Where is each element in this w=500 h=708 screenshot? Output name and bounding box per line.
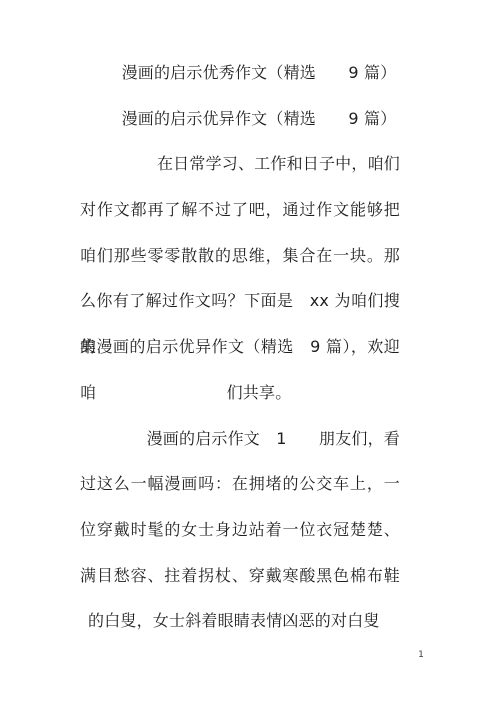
body-line-10: 满目愁容、拄着拐杖、穿戴寒酸黑色棉布鞋 [80, 553, 400, 599]
document-body: 漫画的启示优秀作文（精选 9 篇） 漫画的启示优异作文（精选 9 篇） 在日常学… [0, 50, 500, 644]
title-line-1: 漫画的启示优秀作文（精选 9 篇） [0, 50, 500, 96]
body-line-11: 的白叟，女士斜着眼睛表情凶恶的对白叟 [80, 598, 400, 644]
body-line-9: 位穿戴时髦的女士身边站着一位衣冠楚楚、 [80, 507, 400, 553]
body-line-4: 么你有了解过作文吗？下面是 xx 为咱们搜集 [80, 278, 400, 324]
page-number: 1 [412, 648, 430, 662]
body-line-5: 的漫画的启示优异作文（精选 9 篇），欢迎咱 [80, 324, 400, 370]
body-line-2: 对作文都再了解不过了吧，通过作文能够把 [80, 187, 400, 233]
title-line-2: 漫画的启示优异作文（精选 9 篇） [0, 96, 500, 142]
body-line-3: 咱们那些零零散散的思维，集合在一块。那 [80, 233, 400, 279]
body-line-8: 过这么一幅漫画吗：在拥堵的公交车上，一 [80, 461, 400, 507]
body-line-1: 在日常学习、工作和日子中，咱们 [80, 141, 400, 187]
body-line-7: 漫画的启示作文 1 朋友们，看 [80, 416, 400, 462]
document-page: 漫画的启示优秀作文（精选 9 篇） 漫画的启示优异作文（精选 9 篇） 在日常学… [0, 0, 500, 708]
body-line-6: 们共享。 [0, 370, 500, 416]
